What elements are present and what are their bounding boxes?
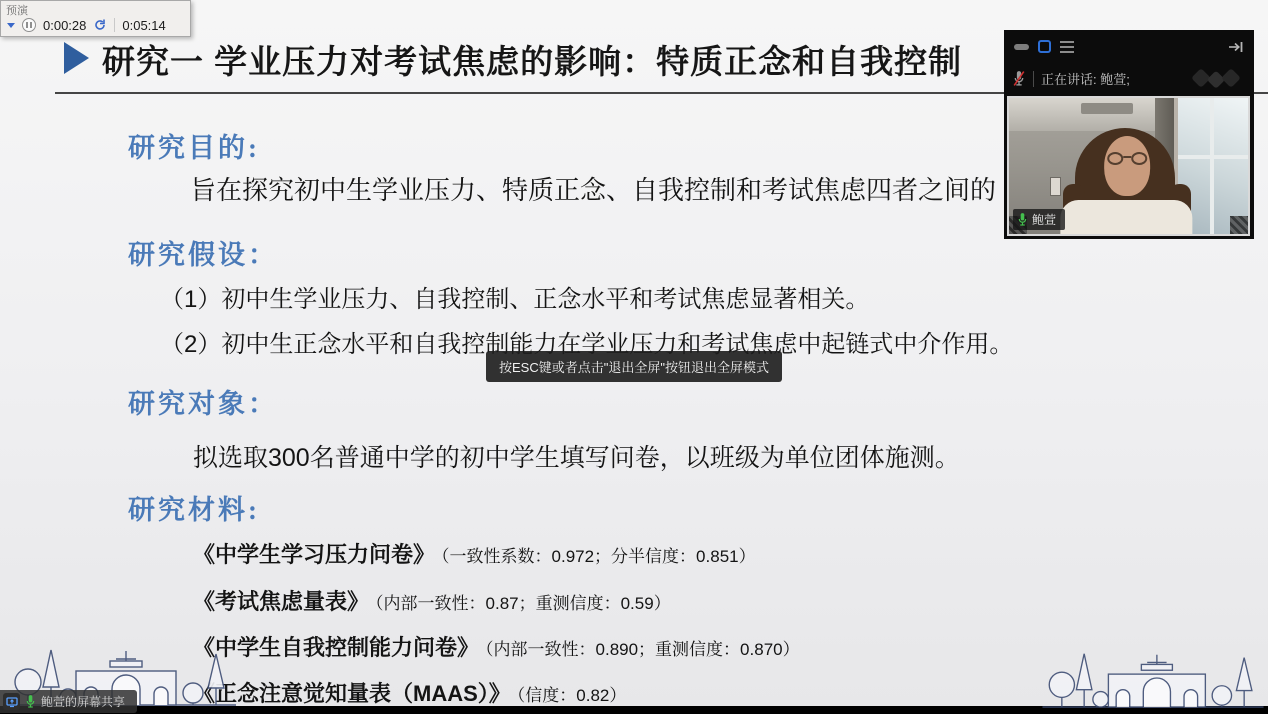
chevron-down-icon[interactable] xyxy=(7,23,15,28)
screen: 研究一 学业压力对考试焦虑的影响：特质正念和自我控制 研究目的: 旨在探究初中生… xyxy=(0,0,1268,714)
toolbar-divider xyxy=(114,18,115,32)
exit-fullscreen-tooltip: 按ESC键或者点击"退出全屏"按钮退出全屏模式 xyxy=(486,351,782,382)
rehearsal-toolbar: 预演 0:00:28 0:05:14 xyxy=(0,0,191,37)
speaking-status-bar: 正在讲话: 鲍萱; xyxy=(1004,63,1254,94)
speaking-status-text: 正在讲话: 鲍萱; xyxy=(1041,69,1130,88)
video-view-icon[interactable] xyxy=(1038,40,1051,53)
collapse-panel-icon[interactable] xyxy=(1228,40,1244,54)
material-title: 《中学生学习压力问卷》 xyxy=(193,542,435,567)
material-title: 《考试焦虑量表》 xyxy=(193,589,369,614)
mic-active-icon xyxy=(1017,212,1028,227)
rehearsal-window-title: 预演 xyxy=(1,1,190,15)
screen-share-icon xyxy=(3,693,20,710)
campus-gate-illustration-right xyxy=(1040,646,1266,710)
minimize-icon[interactable] xyxy=(1014,44,1029,50)
status-divider xyxy=(1033,71,1034,87)
material-stats: （内部一致性：0.87；重测信度：0.59） xyxy=(375,594,671,613)
material-row: 《正念注意觉知量表（MAAS）》（信度：0.82） xyxy=(193,677,626,708)
corner-hatch-decoration xyxy=(1230,216,1250,236)
screen-share-banner: 鲍萱的屏幕共享 xyxy=(0,690,137,713)
elapsed-time: 0:00:28 xyxy=(43,18,86,33)
list-view-icon[interactable] xyxy=(1060,41,1074,53)
repeat-icon[interactable] xyxy=(93,18,107,32)
purpose-heading: 研究目的: xyxy=(128,126,260,165)
material-title: 《正念注意觉知量表（MAAS）》 xyxy=(193,681,511,706)
purpose-text: 旨在探究初中生学业压力、特质正念、自我控制和考试焦虑四者之间的 xyxy=(190,170,996,207)
meeting-video-panel: 正在讲话: 鲍萱; xyxy=(1004,30,1254,239)
person-shoulders xyxy=(1060,200,1192,236)
total-time: 0:05:14 xyxy=(122,18,165,33)
app-watermark-logo-icon xyxy=(1186,67,1244,91)
scene-wall-picture xyxy=(1050,177,1061,196)
subjects-text: 拟选取300名普通中学的初中学生填写问卷，以班级为单位团体施测。 xyxy=(193,438,960,474)
hypothesis-1: （1）初中生学业压力、自我控制、正念水平和考试焦虑显著相关。 xyxy=(160,279,869,314)
mic-muted-icon[interactable] xyxy=(1012,70,1026,87)
participant-name: 鲍萱 xyxy=(1032,211,1056,228)
material-row: 《中学生学习压力问卷》（一致性系数：0.972；分半信度：0.851） xyxy=(193,538,756,569)
participant-name-tag: 鲍萱 xyxy=(1013,209,1065,230)
material-stats: （一致性系数：0.972；分半信度：0.851） xyxy=(441,547,756,566)
mic-active-icon xyxy=(25,694,36,709)
slide-title: 研究一 学业压力对考试焦虑的影响：特质正念和自我控制 xyxy=(102,36,962,83)
material-stats: （信度：0.82） xyxy=(517,686,627,705)
person-glasses xyxy=(1105,152,1149,166)
meeting-panel-header xyxy=(1004,30,1254,63)
materials-heading: 研究材料: xyxy=(128,488,260,527)
material-stats: （内部一致性：0.890；重测信度：0.870） xyxy=(485,640,800,659)
material-row: 《考试焦虑量表》（内部一致性：0.87；重测信度：0.59） xyxy=(193,585,671,616)
scene-ceiling-vent xyxy=(1081,103,1133,114)
material-row: 《中学生自我控制能力问卷》（内部一致性：0.890；重测信度：0.870） xyxy=(193,631,800,662)
pause-button[interactable] xyxy=(22,18,36,32)
subjects-heading: 研究对象： xyxy=(128,382,278,421)
screen-share-banner-text: 鲍萱的屏幕共享 xyxy=(41,693,125,710)
hypotheses-heading: 研究假设： xyxy=(128,233,278,272)
participant-video-tile[interactable]: 鲍萱 xyxy=(1007,96,1250,236)
slide-bullet-triangle-icon xyxy=(64,42,89,74)
